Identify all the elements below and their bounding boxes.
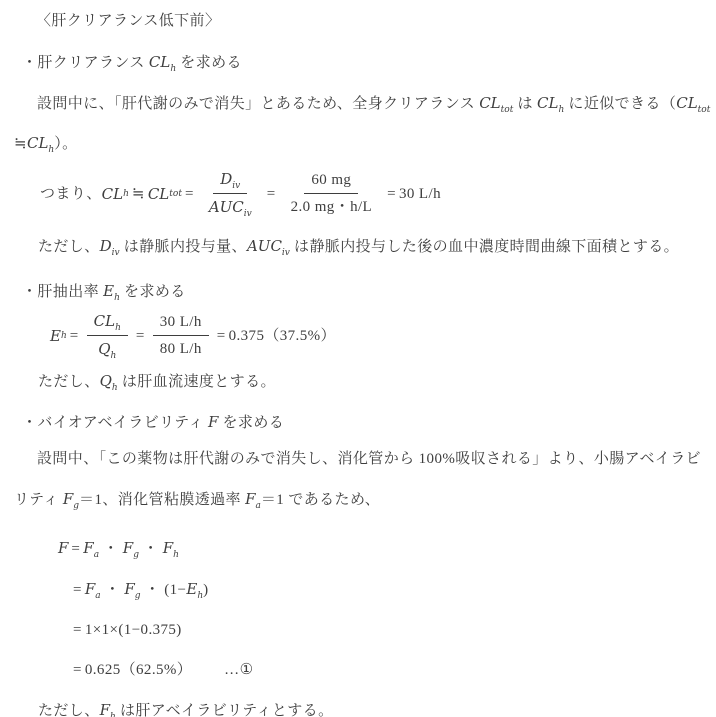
math-var: F [58,539,68,557]
equals-sign: = [73,582,82,598]
paragraph-absorption: 設問中、「この薬物は肝代謝のみで消失し、消化管から 100%吸収される」より、小… [37,447,716,471]
page-title: 〈肝クリアランス低下前〉 [36,0,716,33]
math-var: F [245,490,255,508]
equation-f-definition: F=Fa ・ Fg ・ Fh [58,536,716,561]
math-sub: h [111,351,117,361]
text-run: は静脈内投与した後の血中濃度時間曲線下面積とする。 [290,239,679,255]
math-sub: tot [501,105,514,115]
paragraph-approximation: 設問中に、「肝代謝のみで消失」とあるため、全身クリアランス CLtot は CL… [37,91,716,116]
formula-result: 0.375（37.5%） [229,324,336,348]
note-blood-flow: ただし、Qh は肝血流速度とする。 [38,369,716,394]
text-run: ) [203,582,208,598]
math-var: CL [479,94,500,112]
text-run: ・肝クリアランス [22,55,149,71]
formula-extraction: Eh=CLhQh=30 L/h80 L/h=0.375（37.5%） [50,310,716,361]
fraction-denominator: 80 L/h [153,336,209,360]
math-var: F [100,701,110,717]
equals-sign: = [185,182,194,206]
equals-sign: = [136,324,145,348]
bullet-bioavailability: ・バイオアベイラビリティ F を求める [22,410,716,435]
note-hepatic-availability: ただし、Fh は肝アベイラビリティとする。 [38,698,716,717]
math-var: AUC [209,198,244,216]
fraction-numerator: Div [213,168,247,194]
equation-ref-circled-one: …① [224,662,253,678]
math-var: E [103,282,114,300]
text-run: ）。 [54,136,77,152]
fraction-cl-q: CLhQh [87,310,128,361]
dot-operator: ・ [101,582,125,598]
fraction-values: 30 L/h80 L/h [153,311,209,360]
math-sub: iv [232,181,240,191]
math-var: D [100,237,112,255]
formula-result: 0.625（62.5%） [85,662,192,678]
math-var: F [123,539,133,557]
bullet-hepatic-clearance: ・肝クリアランス CLh を求める [22,50,716,75]
dot-operator: ・ [99,541,123,557]
math-var: F [163,539,173,557]
fraction-denominator: Qh [91,336,123,361]
formula-clearance: つまり、CLh≒CLtot=DivAUCiv=60 mg2.0 mg・h/L=3… [40,168,716,219]
text-run: に近似できる（ [564,96,676,112]
approx-sign: ≒ [14,136,27,152]
text-run: ただし、 [38,374,100,390]
math-var: Q [100,372,112,390]
math-var: E [186,580,197,598]
text-run: を求める [120,284,186,300]
math-var: F [83,539,93,557]
math-var: D [220,170,232,188]
equation-f-result: =0.625（62.5%）…① [70,658,716,682]
note-definitions-iv: ただし、Div は静脈内投与量、AUCiv は静脈内投与した後の血中濃度時間曲線… [38,234,716,259]
text-run: を求める [218,415,284,431]
text-run: ただし、 [38,703,100,717]
math-var: CL [676,94,697,112]
equals-sign: = [387,182,396,206]
equation-f-numeric: =1×1×(1−0.375) [70,618,716,642]
text-run: つまり、 [40,182,102,206]
equals-sign: = [267,182,276,206]
math-var: F [124,580,134,598]
fraction-numerator: CLh [87,310,128,336]
formula-result: 30 L/h [399,182,441,206]
equals-sign: = [73,662,82,678]
math-var: F [85,580,95,598]
text-run: は肝アベイラビリティとする。 [116,703,334,717]
math-sub: h [115,323,121,333]
text-run: 1×1×(1−0.375) [85,622,182,638]
math-var: AUC [247,237,282,255]
math-var: CL [149,53,170,71]
equation-f-substitute: =Fa ・ Fg ・ (1−Eh) [70,577,716,602]
fraction-denominator: 2.0 mg・h/L [284,194,380,218]
text-run: リティ [14,492,63,508]
text-run: 設問中に、「肝代謝のみで消失」とあるため、全身クリアランス [37,96,479,112]
math-var: F [63,490,73,508]
math-var: CL [148,182,169,206]
math-var: CL [102,182,123,206]
paragraph-absorption-cont: リティ Fg＝1、消化管粘膜透過率 Fa＝1 であるため、 [14,487,716,512]
text-run: は [513,96,537,112]
document-page: 〈肝クリアランス低下前〉 ・肝クリアランス CLh を求める 設問中に、「肝代謝… [0,0,716,717]
math-sub: iv [112,248,120,258]
equals-sign: = [73,622,82,638]
math-var: F [208,413,218,431]
fraction-numerator: 60 mg [304,169,358,194]
text-run: を求める [176,55,242,71]
text-run: は肝血流速度とする。 [118,374,276,390]
text-run: ・バイオアベイラビリティ [22,415,208,431]
math-sub: h [173,550,179,560]
bullet-extraction-ratio: ・肝抽出率 Eh を求める [22,279,716,304]
math-sub: iv [244,209,252,219]
fraction-denominator: AUCiv [202,194,259,219]
text-run: (1− [164,582,186,598]
dot-operator: ・ [141,582,165,598]
text-run: ＝1、消化管粘膜透過率 [79,492,245,508]
text-run: は静脈内投与量、 [120,239,247,255]
equals-sign: = [217,324,226,348]
math-var: CL [537,94,558,112]
fraction-dose-auc: DivAUCiv [202,168,259,219]
math-var: E [50,324,61,348]
text-run: ・肝抽出率 [22,284,103,300]
math-sub: tot [698,105,711,115]
text-run: ＝1 であるため、 [261,492,380,508]
equals-sign: = [70,324,79,348]
math-var: Q [98,340,110,358]
dot-operator: ・ [139,541,163,557]
fraction-numerator: 30 L/h [153,311,209,336]
math-var: CL [94,312,115,330]
text-run: ただし、 [38,239,100,255]
approx-sign: ≒ [132,182,145,206]
paragraph-approximation-cont: ≒CLh）。 [14,131,716,156]
fraction-values: 60 mg2.0 mg・h/L [284,169,380,218]
math-var: CL [27,134,48,152]
math-sub: iv [282,248,290,258]
equals-sign: = [71,541,80,557]
